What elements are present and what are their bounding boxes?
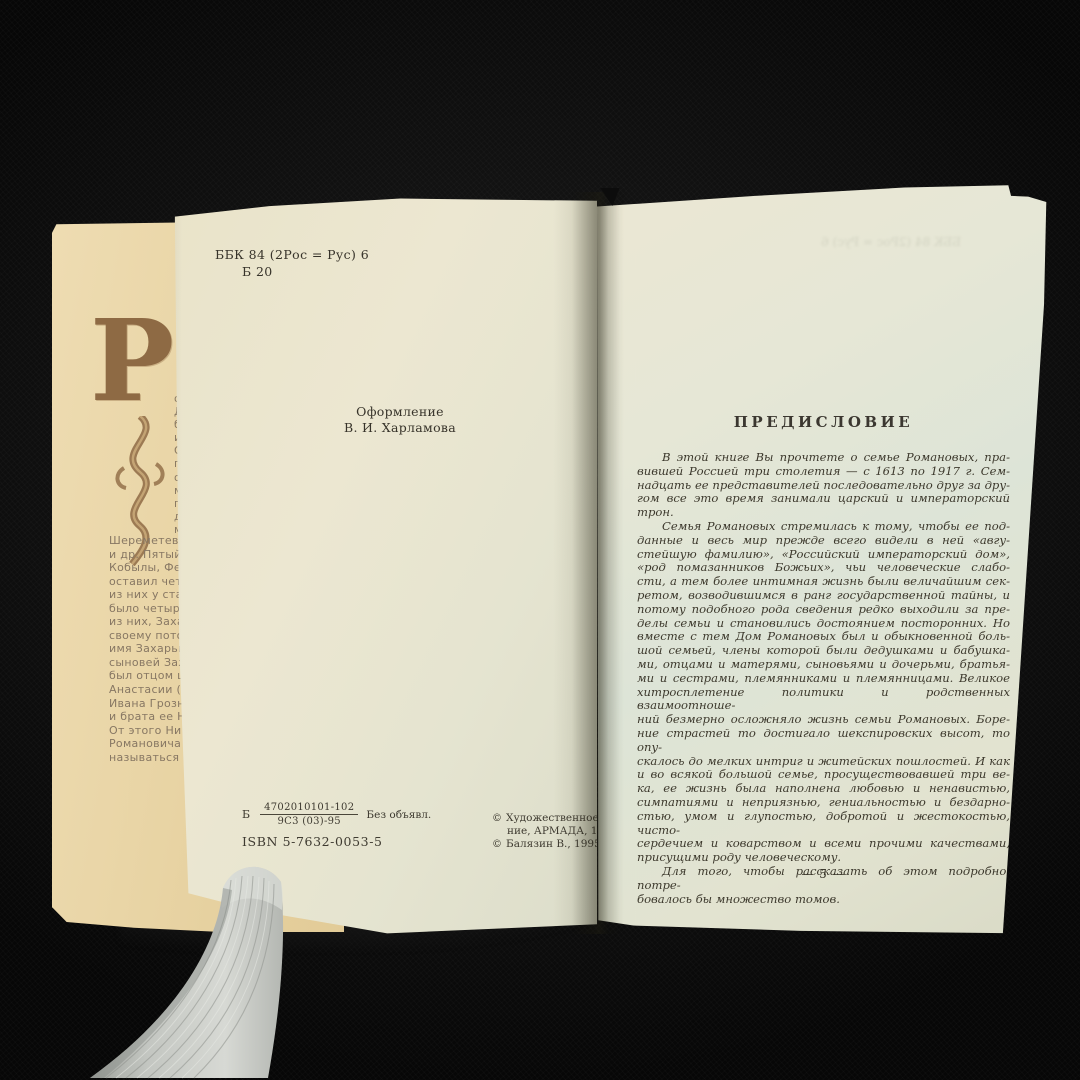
- code-fraction: 4702010101-102 9С3 (03)-95: [260, 802, 358, 827]
- book-photo: Р одДобьиеОнпяопмнподамн Шереметевыи др.…: [0, 0, 1080, 1080]
- text-line: ние страстей то достигало шекспировских …: [637, 727, 1010, 755]
- ornate-initial-letter: Р: [90, 316, 174, 408]
- page-number: — 5 —: [637, 867, 1010, 881]
- text-line: ка, ее жизнь была наполнена любовью и не…: [637, 782, 1010, 796]
- copyright-icon: ©: [492, 813, 502, 824]
- text-line: В этой книге Вы прочтете о семье Романов…: [637, 451, 1010, 465]
- text-line: называться Р: [109, 751, 196, 765]
- preface-heading: ПРЕДИСЛОВИЕ: [637, 413, 1010, 431]
- code-denominator: 9С3 (03)-95: [260, 815, 358, 827]
- text-line: стейшую фамилию», «Российский императорс…: [637, 548, 1010, 562]
- text-line: сердечием и коварством и всеми прочими к…: [637, 837, 1010, 851]
- copyright-icon: ©: [492, 839, 502, 850]
- bbk-author-sign: Б 20: [215, 263, 369, 280]
- preface-body: В этой книге Вы прочтете о семье Романов…: [637, 451, 1010, 906]
- designer-name: В. И. Харламова: [315, 420, 485, 436]
- code-numerator: 4702010101-102: [260, 802, 358, 815]
- code-letter: Б: [242, 808, 250, 821]
- text-line: трон.: [637, 506, 1010, 520]
- code-suffix: Без объявл.: [366, 809, 431, 821]
- ink-show-through: ББК 84 (2Рос = Рус) 6: [661, 235, 962, 249]
- bookmark-ribbon: [30, 850, 310, 1080]
- text-line: симпатиями и неприязнью, гениальностью и…: [637, 796, 1010, 810]
- imprint-block: Б 4702010101-102 9С3 (03)-95 Без объявл.…: [242, 802, 572, 849]
- text-line: «род помазанников Божьих», чьи человечес…: [637, 561, 1010, 575]
- right-page: ББК 84 (2Рос = Рус) 6 ПРЕДИСЛОВИЕ В этой…: [597, 183, 1049, 943]
- text-line: сти, а тем более интимная жизнь были вел…: [637, 575, 1010, 589]
- text-line: потому подобного рода сведения редко вых…: [637, 603, 1010, 617]
- text-line: вившей Россией три столетия — с 1613 по …: [637, 465, 1010, 479]
- text-line: и во всякой большой семье, просуществова…: [637, 768, 1010, 782]
- text-line: делы семьи и становились достоянием пост…: [637, 617, 1010, 631]
- paragraph: Семья Романовых стремилась к тому, чтобы…: [637, 520, 1010, 865]
- text-line: скалось до мелких интриг и житейских пош…: [637, 755, 1010, 769]
- text-line: присущими роду человеческому.: [637, 851, 1010, 865]
- text-line: ретом, возводившимся в ранг государствен…: [637, 589, 1010, 603]
- paragraph: В этой книге Вы прочтете о семье Романов…: [637, 451, 1010, 520]
- text-line: надцать ее представителей последовательн…: [637, 479, 1010, 493]
- design-credit: Оформление В. И. Харламова: [315, 404, 485, 436]
- text-line: бовалось бы множество томов.: [637, 893, 1010, 907]
- text-line: Семья Романовых стремилась к тому, чтобы…: [637, 520, 1010, 534]
- text-line: данные и весь мир прежде всего видели в …: [637, 534, 1010, 548]
- bbk-code-line: ББК 84 (2Рос = Рус) 6: [215, 246, 369, 263]
- text-line: гом все это время занимали царский и имп…: [637, 492, 1010, 506]
- text-line: ний безмерно осложняло жизнь семьи Роман…: [637, 713, 1010, 727]
- bbk-classification: ББК 84 (2Рос = Рус) 6 Б 20: [215, 246, 369, 280]
- design-label: Оформление: [315, 404, 485, 420]
- left-page: ББК 84 (2Рос = Рус) 6 Б 20 Оформление В.…: [160, 194, 597, 950]
- text-line: хитросплетение политики и родственных вз…: [637, 686, 1010, 714]
- text-line: ми и сестрами, племянниками и племянница…: [637, 672, 1010, 686]
- text-line: ми, отцами и матерями, сыновьями и дочер…: [637, 658, 1010, 672]
- text-line: вместе с тем Дом Романовых был и обыкнов…: [637, 630, 1010, 644]
- text-line: шой семьей, члены которой были дедушками…: [637, 644, 1010, 658]
- text-line: стью, умом и глупостью, добротой и жесто…: [637, 810, 1010, 838]
